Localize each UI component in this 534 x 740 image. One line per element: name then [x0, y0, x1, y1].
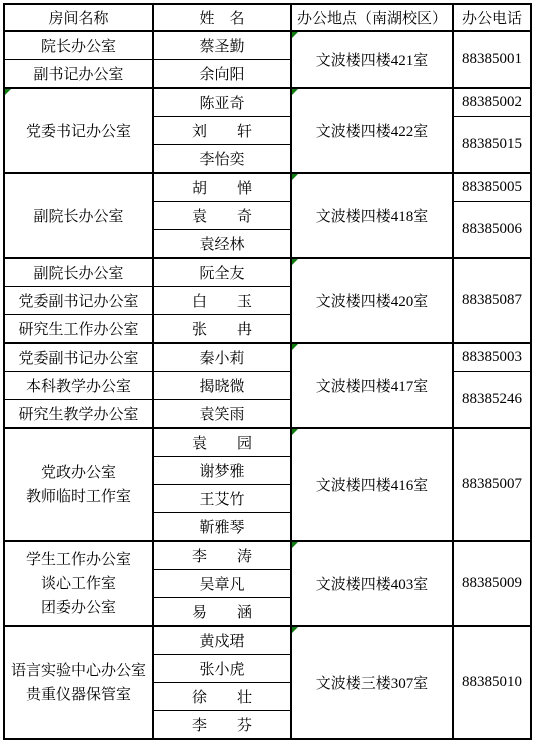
phone-cell: 88385001: [453, 31, 531, 88]
name-cell: 吴章凡: [153, 570, 291, 598]
name-cell: 蔡圣勤: [153, 31, 291, 60]
flag-triangle-icon: [292, 259, 298, 265]
name-cell: 李 涛: [153, 541, 291, 570]
table-row: 语言实验中心办公室 贵重仪器保管室 黄戍珺 文波楼三楼307室 88385010: [4, 626, 531, 655]
name-cell: 白 玉: [153, 287, 291, 315]
location-cell: 文波楼四楼418室: [291, 173, 453, 258]
location-cell: 文波楼三楼307室: [291, 626, 453, 739]
location-text: 文波楼四楼417室: [316, 379, 429, 395]
location-text: 文波楼四楼416室: [316, 478, 429, 494]
phone-cell: 88385003: [453, 343, 531, 372]
flag-triangle-icon: [292, 174, 298, 180]
phone-cell: 88385006: [453, 202, 531, 259]
location-text: 文波楼四楼422室: [316, 124, 429, 140]
name-cell: 张小虎: [153, 655, 291, 683]
header-cell-room: 房间名称: [4, 4, 153, 31]
name-cell: 胡 惮: [153, 173, 291, 202]
location-text: 文波楼三楼307室: [316, 676, 429, 692]
location-cell: 文波楼四楼416室: [291, 428, 453, 541]
location-text: 文波楼四楼420室: [316, 294, 429, 310]
name-cell: 阮全友: [153, 258, 291, 287]
table-row: 院长办公室 蔡圣勤 文波楼四楼421室 88385001: [4, 31, 531, 60]
name-cell: 袁 奇: [153, 202, 291, 230]
name-cell: 陈亚奇: [153, 88, 291, 117]
name-cell: 张 冉: [153, 315, 291, 344]
name-cell: 袁 园: [153, 428, 291, 457]
location-cell: 文波楼四楼417室: [291, 343, 453, 428]
name-cell: 黄戍珺: [153, 626, 291, 655]
flag-triangle-icon: [292, 344, 298, 350]
flag-triangle-icon: [292, 542, 298, 548]
table-row: 副院长办公室 阮全友 文波楼四楼420室 88385087: [4, 258, 531, 287]
phone-cell: 88385002: [453, 88, 531, 117]
room-cell: 学生工作办公室 谈心工作室 团委办公室: [4, 541, 153, 626]
table-row: 学生工作办公室 谈心工作室 团委办公室 李 涛 文波楼四楼403室 883850…: [4, 541, 531, 570]
phone-cell: 88385007: [453, 428, 531, 541]
name-cell: 谢梦雅: [153, 457, 291, 485]
room-cell: 副院长办公室: [4, 258, 153, 287]
header-cell-location: 办公地点（南湖校区）: [291, 4, 453, 31]
location-cell: 文波楼四楼421室: [291, 31, 453, 88]
phone-cell: 88385246: [453, 372, 531, 429]
room-cell: 党委副书记办公室: [4, 343, 153, 372]
header-cell-name: 姓 名: [153, 4, 291, 31]
name-cell: 余向阳: [153, 60, 291, 89]
room-cell: 院长办公室: [4, 31, 153, 60]
name-cell: 易 涵: [153, 598, 291, 627]
phone-cell: 88385087: [453, 258, 531, 343]
header-cell-phone: 办公电话: [453, 4, 531, 31]
table-row: 党委书记办公室 陈亚奇 文波楼四楼422室 88385002: [4, 88, 531, 117]
name-cell: 靳雅琴: [153, 513, 291, 542]
name-cell: 揭晓微: [153, 372, 291, 400]
room-cell: 语言实验中心办公室 贵重仪器保管室: [4, 626, 153, 739]
room-text: 党委书记办公室: [26, 124, 131, 140]
name-cell: 王艾竹: [153, 485, 291, 513]
room-cell: 研究生教学办公室: [4, 400, 153, 429]
name-cell: 袁经林: [153, 230, 291, 259]
name-cell: 刘 轩: [153, 117, 291, 145]
room-cell: 副书记办公室: [4, 60, 153, 89]
phone-cell: 88385015: [453, 117, 531, 174]
phone-cell: 88385005: [453, 173, 531, 202]
room-cell: 党政办公室 教师临时工作室: [4, 428, 153, 541]
name-cell: 徐 壮: [153, 683, 291, 711]
room-cell: 党委副书记办公室: [4, 287, 153, 315]
name-cell: 袁笑雨: [153, 400, 291, 429]
location-text: 文波楼四楼418室: [316, 209, 429, 225]
room-cell: 研究生工作办公室: [4, 315, 153, 344]
flag-triangle-icon: [5, 89, 11, 95]
location-text: 文波楼四楼421室: [316, 53, 429, 69]
room-cell: 党委书记办公室: [4, 88, 153, 173]
spreadsheet-page: 房间名称 姓 名 办公地点（南湖校区） 办公电话 院长办公室 蔡圣勤 文波楼四楼…: [0, 0, 534, 708]
location-text: 文波楼四楼403室: [316, 577, 429, 593]
room-cell: 副院长办公室: [4, 173, 153, 258]
flag-triangle-icon: [292, 32, 298, 38]
office-directory-table: 房间名称 姓 名 办公地点（南湖校区） 办公电话 院长办公室 蔡圣勤 文波楼四楼…: [3, 3, 532, 740]
location-cell: 文波楼四楼403室: [291, 541, 453, 626]
table-row: 副院长办公室 胡 惮 文波楼四楼418室 88385005: [4, 173, 531, 202]
room-cell: 本科教学办公室: [4, 372, 153, 400]
flag-triangle-icon: [292, 627, 298, 633]
location-cell: 文波楼四楼422室: [291, 88, 453, 173]
name-cell: 李 芬: [153, 711, 291, 740]
name-cell: 李怡奕: [153, 145, 291, 174]
table-row: 党政办公室 教师临时工作室 袁 园 文波楼四楼416室 88385007: [4, 428, 531, 457]
location-cell: 文波楼四楼420室: [291, 258, 453, 343]
header-row: 房间名称 姓 名 办公地点（南湖校区） 办公电话: [4, 4, 531, 31]
name-cell: 秦小莉: [153, 343, 291, 372]
phone-cell: 88385009: [453, 541, 531, 626]
phone-cell: 88385010: [453, 626, 531, 739]
table-row: 党委副书记办公室 秦小莉 文波楼四楼417室 88385003: [4, 343, 531, 372]
flag-triangle-icon: [292, 429, 298, 435]
flag-triangle-icon: [292, 89, 298, 95]
